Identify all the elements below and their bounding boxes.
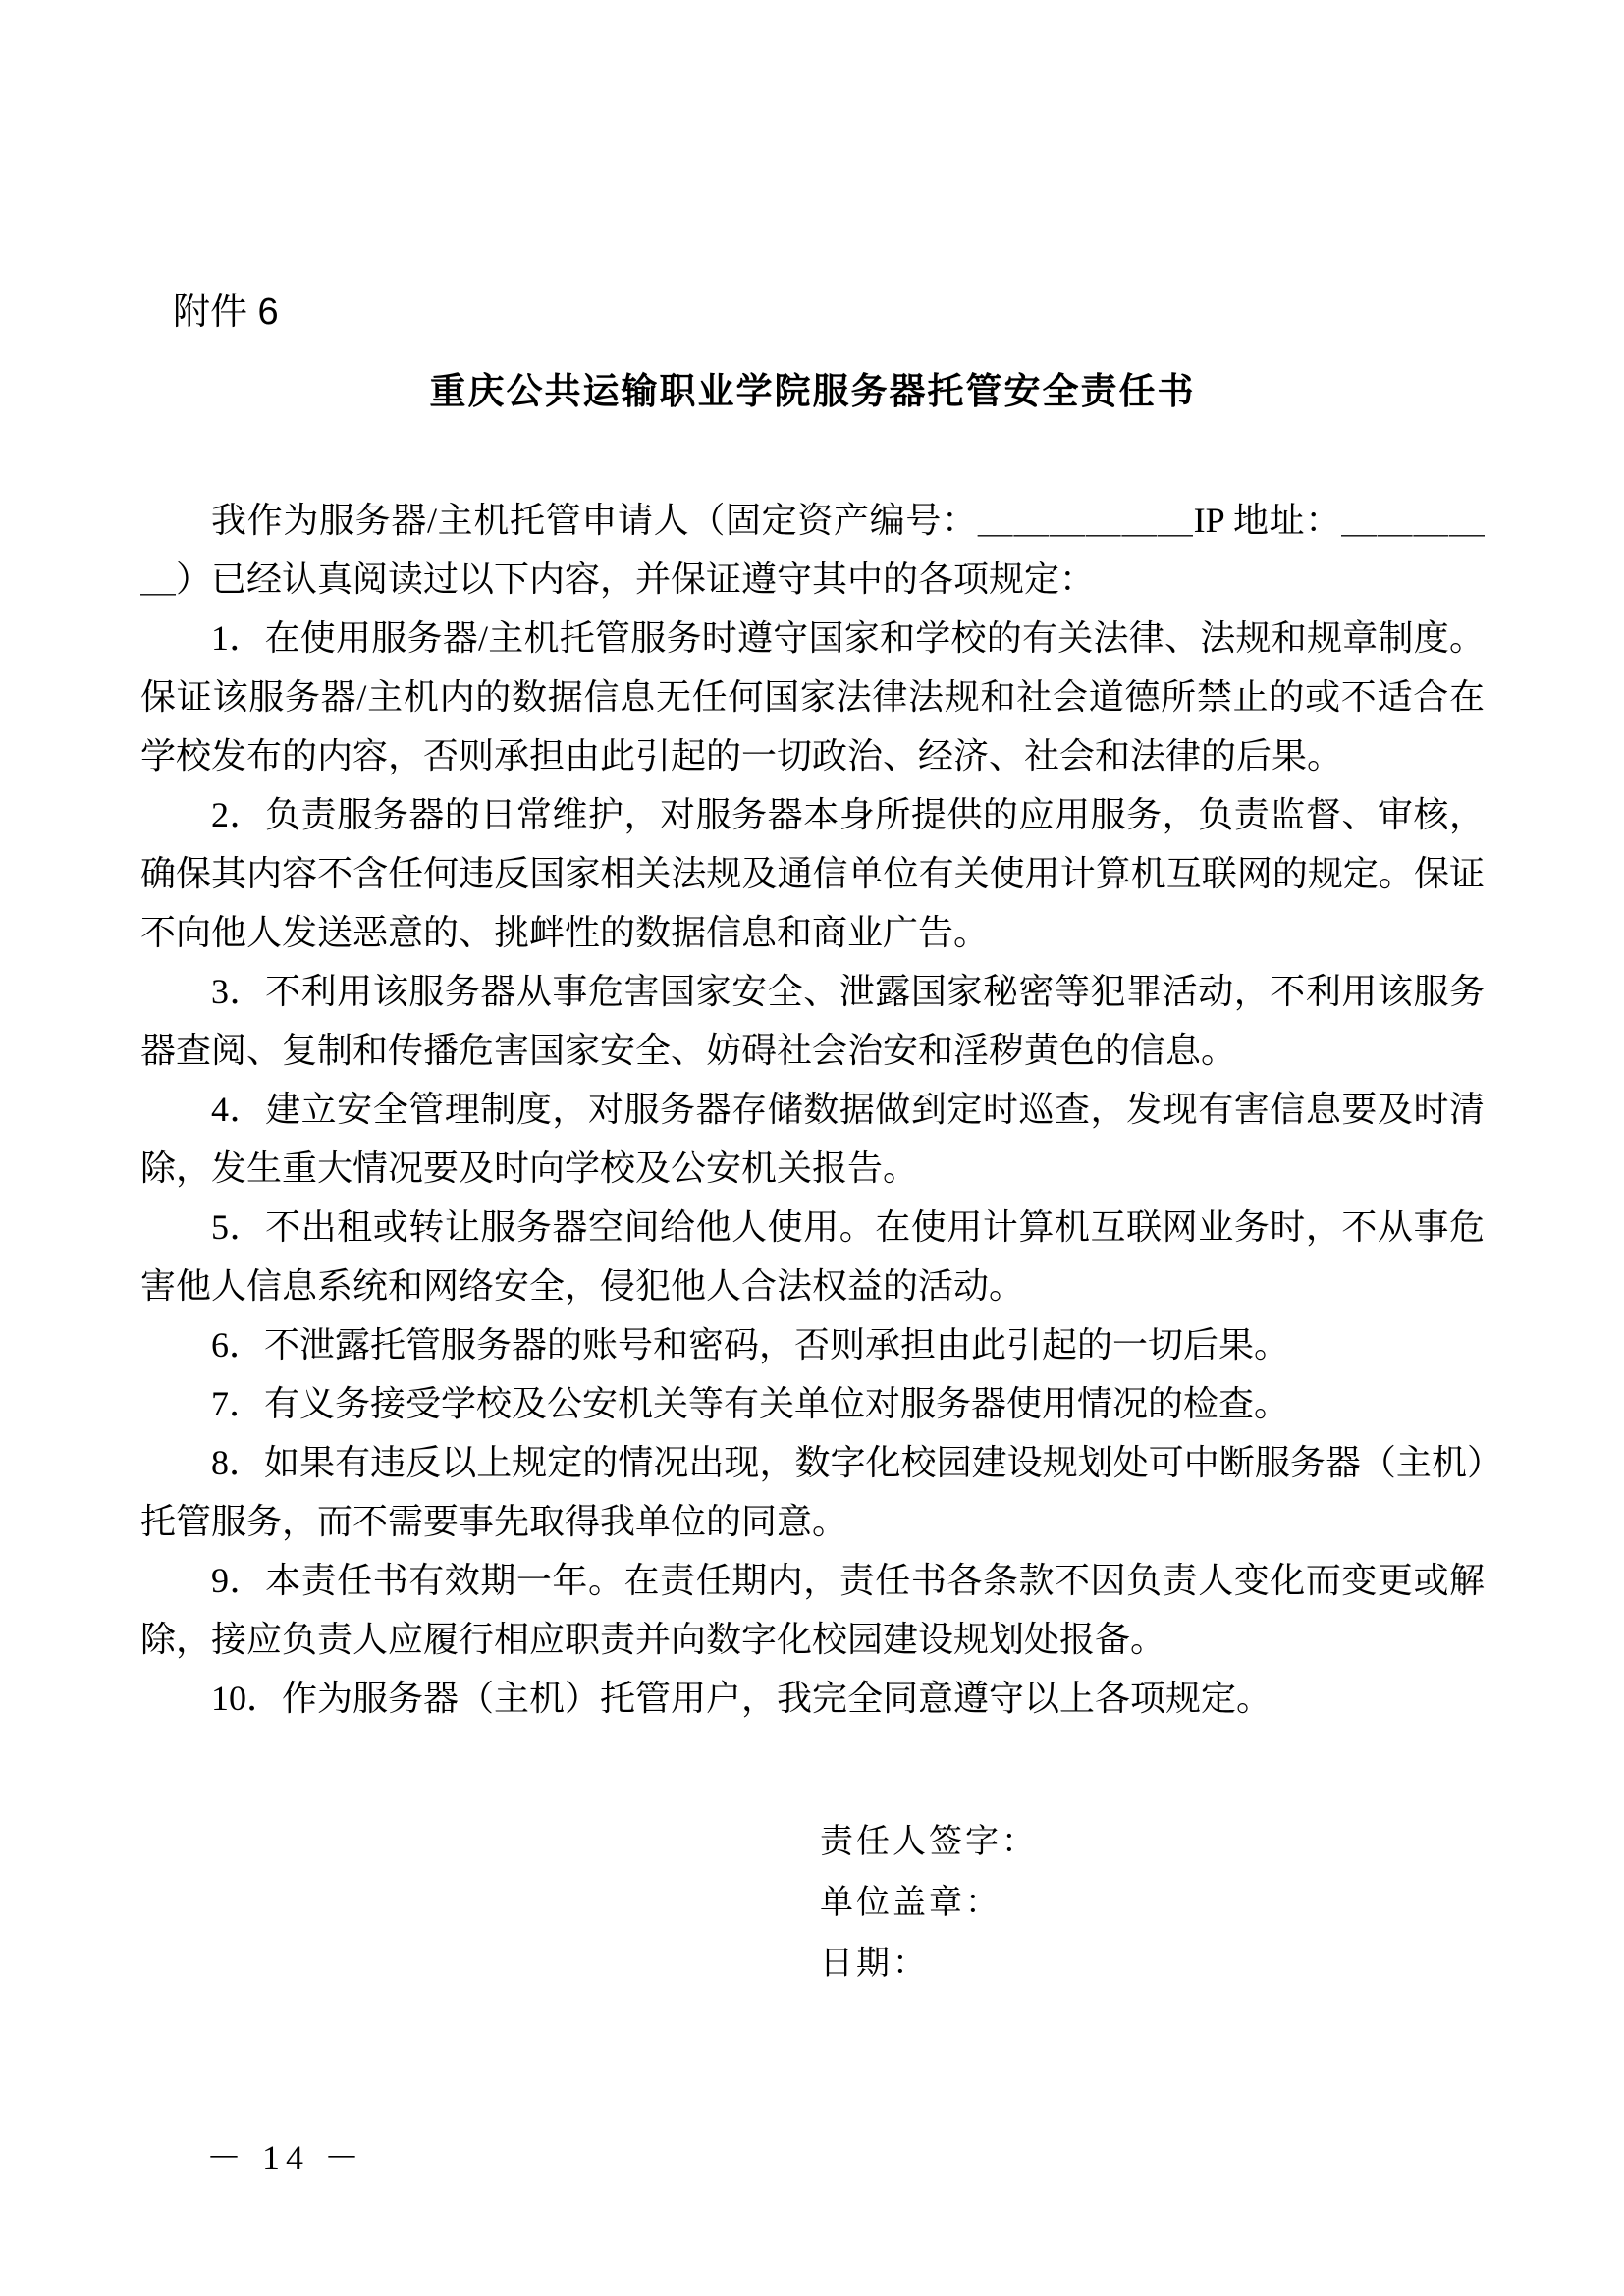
paragraph: 2．负责服务器的日常维护，对服务器本身所提供的应用服务，负责监督、审核，确保其内… bbox=[140, 785, 1485, 962]
document-body: 我作为服务器/主机托管申请人（固定资产编号：＿＿＿＿＿＿IP 地址：＿＿＿＿＿）… bbox=[140, 491, 1485, 1728]
paragraph: 1．在使用服务器/主机托管服务时遵守国家和学校的有关法律、法规和规章制度。保证该… bbox=[140, 609, 1485, 785]
document-title: 重庆公共运输职业学院服务器托管安全责任书 bbox=[140, 367, 1485, 418]
paragraph: 5．不出租或转让服务器空间给他人使用。在使用计算机互联网业务时，不从事危害他人信… bbox=[140, 1198, 1485, 1315]
signature-line-responsible-person: 责任人签字： bbox=[820, 1812, 1038, 1873]
paragraph: 9．本责任书有效期一年。在责任期内，责任书各条款不因负责人变化而变更或解除，接应… bbox=[140, 1551, 1485, 1669]
attachment-label: 附件 6 bbox=[173, 291, 279, 334]
signature-block: 责任人签字： 单位盖章： 日期： bbox=[820, 1812, 1038, 1995]
signature-line-unit-seal: 单位盖章： bbox=[820, 1873, 1038, 1934]
paragraph: 4．建立安全管理制度，对服务器存储数据做到定时巡查，发现有害信息要及时清除，发生… bbox=[140, 1080, 1485, 1198]
paragraph: 8．如果有违反以上规定的情况出现，数字化校园建设规划处可中断服务器（主机）托管服… bbox=[140, 1433, 1485, 1551]
paragraph: 3．不利用该服务器从事危害国家安全、泄露国家秘密等犯罪活动，不利用该服务器查阅、… bbox=[140, 962, 1485, 1080]
paragraph: 10．作为服务器（主机）托管用户，我完全同意遵守以上各项规定。 bbox=[140, 1669, 1485, 1728]
paragraph: 7．有义务接受学校及公安机关等有关单位对服务器使用情况的检查。 bbox=[140, 1374, 1485, 1433]
signature-line-date: 日期： bbox=[820, 1934, 1038, 1995]
paragraph: 我作为服务器/主机托管申请人（固定资产编号：＿＿＿＿＿＿IP 地址：＿＿＿＿＿）… bbox=[140, 491, 1485, 609]
paragraph: 6．不泄露托管服务器的账号和密码，否则承担由此引起的一切后果。 bbox=[140, 1315, 1485, 1374]
page-number: － 14 － bbox=[206, 2138, 365, 2177]
document-page: 附件 6 重庆公共运输职业学院服务器托管安全责任书 我作为服务器/主机托管申请人… bbox=[0, 0, 1624, 2296]
